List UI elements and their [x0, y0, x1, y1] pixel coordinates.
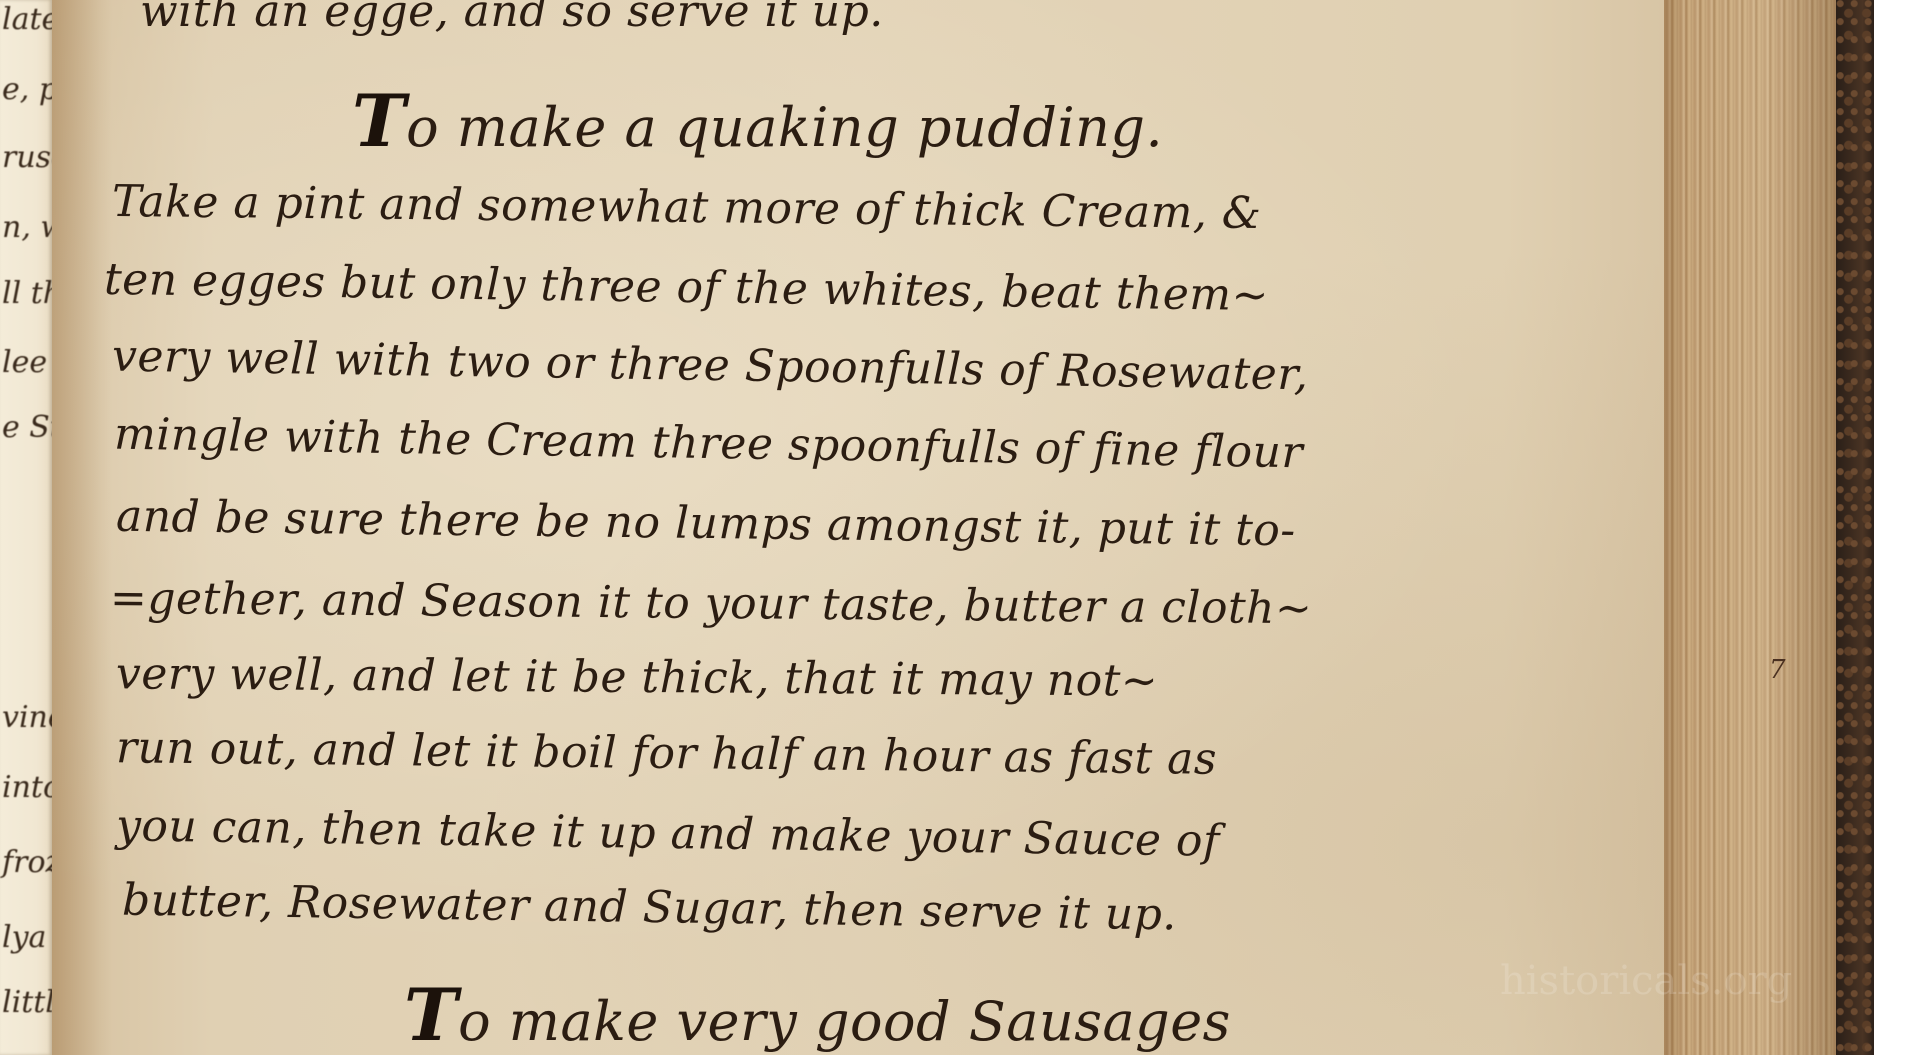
title-initial: T — [352, 78, 406, 163]
adjacent-page-text: into a — [2, 770, 52, 805]
adjacent-page-text: frozen — [2, 845, 52, 880]
recipe-line: butter, Rosewater and Sugar, then serve … — [122, 875, 1177, 941]
adjacent-page-text: lya gr — [2, 920, 52, 955]
fore-edge-mark: 7 — [1769, 655, 1786, 685]
title-initial: T — [404, 972, 458, 1055]
previous-recipe-ending: with an egge, and so serve it up. — [140, 0, 884, 37]
adjacent-page-text: lee rin — [2, 345, 52, 380]
recipe-line: very well, and let it be thick, that it … — [116, 648, 1159, 706]
recipe-line: you can, then take it up and make your S… — [116, 800, 1220, 866]
adjacent-page-text: little — [2, 985, 52, 1020]
watermark: historicals.org — [1500, 958, 1792, 1004]
manuscript-photo: late, ( e, pep ruse n, whe ll the lee ri… — [0, 0, 1920, 1055]
title-text: o make very good Sausages — [458, 990, 1231, 1053]
adjacent-page-text: late, ( — [2, 2, 52, 37]
adjacent-page-text: n, whe — [2, 210, 52, 245]
recipe-line: Take a pint and somewhat more of thick C… — [112, 176, 1262, 239]
title-text: o make a quaking pudding. — [406, 96, 1163, 159]
book-fore-edge: 7 — [1664, 0, 1836, 1055]
adjacent-page-text: e Stand — [2, 410, 52, 445]
adjacent-page-text: vinegar — [2, 700, 52, 735]
adjacent-page-text: e, pep — [2, 72, 52, 107]
recipe-line: ten egges but only three of the whites, … — [104, 254, 1270, 321]
recipe-line: and be sure there be no lumps amongst it… — [116, 491, 1296, 556]
recipe-title: To make a quaking pudding. — [352, 78, 1163, 163]
fore-edge-shading — [1664, 0, 1836, 1055]
recipe-line: run out, and let it boil for half an hou… — [116, 722, 1218, 785]
adjacent-page-strip: late, ( e, pep ruse n, whe ll the lee ri… — [0, 0, 52, 1055]
adjacent-page-text: ll the — [2, 276, 52, 311]
recipe-line: very well with two or three Spoonfulls o… — [112, 331, 1309, 401]
adjacent-page-text: ruse — [2, 140, 52, 175]
recipe-line: =gether, and Season it to your taste, bu… — [110, 573, 1313, 634]
recipe-line: mingle with the Cream three spoonfulls o… — [114, 409, 1304, 479]
book-binding — [1836, 0, 1874, 1055]
manuscript-page: with an egge, and so serve it up. To mak… — [52, 0, 1664, 1055]
next-recipe-title: To make very good Sausages — [404, 972, 1231, 1055]
